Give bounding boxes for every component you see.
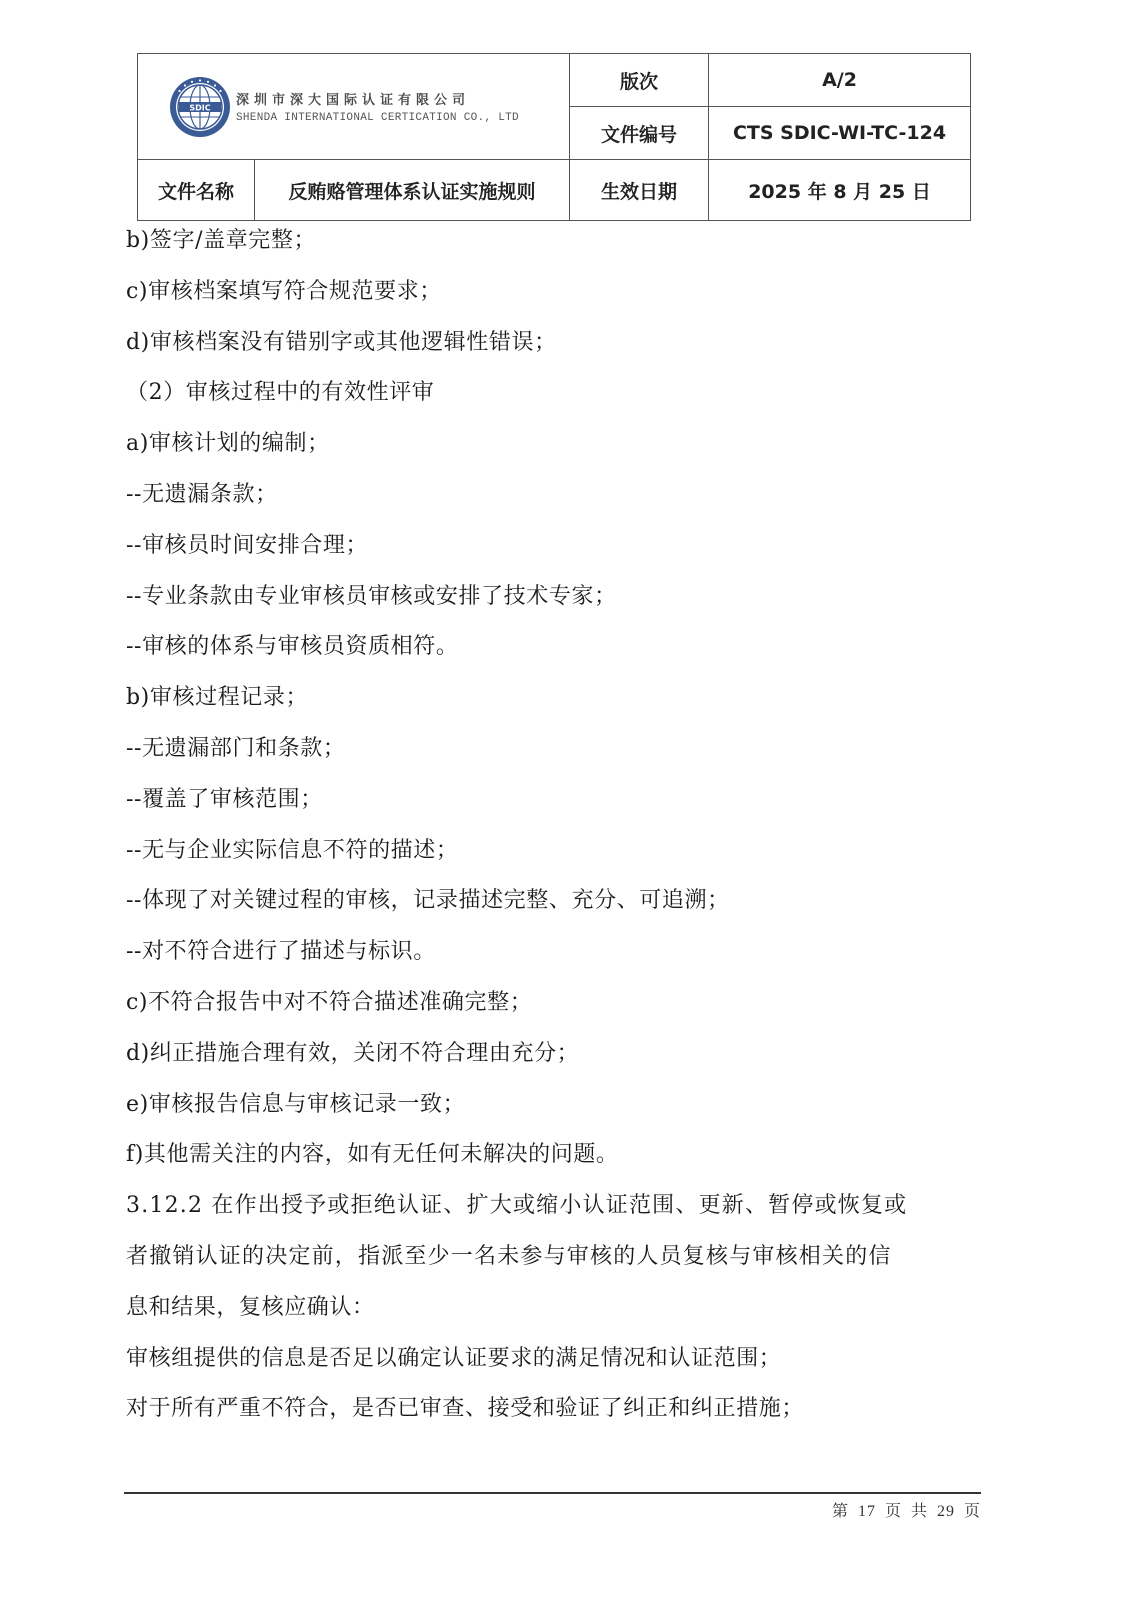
text-line: e)审核报告信息与审核记录一致； [126, 1087, 996, 1138]
section-heading: （2）审核过程中的有效性评审 [126, 375, 996, 426]
text-line: d)审核档案没有错别字或其他逻辑性错误； [126, 325, 996, 376]
text-line: c)审核档案填写符合规范要求； [126, 274, 996, 325]
document-body: b)签字/盖章完整； c)审核档案填写符合规范要求； d)审核档案没有错别字或其… [126, 223, 996, 1442]
text-line: --专业条款由专业审核员审核或安排了技术专家； [126, 579, 996, 630]
footer-divider [124, 1492, 981, 1494]
company-logo-cell: SDIC 深圳市深大国际认证有限公司 SHENDA INTERNATIONAL … [138, 54, 570, 160]
text-line: b)签字/盖章完整； [126, 223, 996, 274]
clause-paragraph-line: 者撤销认证的决定前，指派至少一名未参与审核的人员复核与审核相关的信 [126, 1239, 996, 1290]
clause-paragraph-line: 息和结果，复核应确认： [126, 1290, 996, 1341]
clause-paragraph-line: 3.12.2 在作出授予或拒绝认证、扩大或缩小认证范围、更新、暂停或恢复或 [126, 1188, 996, 1239]
sdic-globe-logo-icon: SDIC [168, 75, 232, 139]
effective-date-label: 生效日期 [570, 160, 709, 221]
text-line: a)审核计划的编制； [126, 426, 996, 477]
text-line: --体现了对关键过程的审核，记录描述完整、充分、可追溯； [126, 883, 996, 934]
company-name-en: SHENDA INTERNATIONAL CERTICATION CO., LT… [236, 112, 519, 124]
doc-number-value: CTS SDIC-WI-TC-124 [709, 107, 971, 160]
doc-name-label: 文件名称 [138, 160, 255, 221]
doc-name-value: 反贿赂管理体系认证实施规则 [255, 160, 570, 221]
text-line: --审核的体系与审核员资质相符。 [126, 629, 996, 680]
text-line: 对于所有严重不符合，是否已审查、接受和验证了纠正和纠正措施； [126, 1391, 996, 1442]
company-name-cn: 深圳市深大国际认证有限公司 [236, 89, 519, 108]
text-line: f)其他需关注的内容，如有无任何未解决的问题。 [126, 1137, 996, 1188]
text-line: --无遗漏部门和条款； [126, 731, 996, 782]
doc-number-label: 文件编号 [570, 107, 709, 160]
text-line: --无遗漏条款； [126, 477, 996, 528]
version-label: 版次 [570, 54, 709, 107]
document-header-table: SDIC 深圳市深大国际认证有限公司 SHENDA INTERNATIONAL … [137, 53, 971, 221]
text-line: --审核员时间安排合理； [126, 528, 996, 579]
effective-date-value: 2025 年 8 月 25 日 [709, 160, 971, 221]
text-line: 审核组提供的信息是否足以确定认证要求的满足情况和认证范围； [126, 1341, 996, 1392]
text-line: --覆盖了审核范围； [126, 782, 996, 833]
text-line: c)不符合报告中对不符合描述准确完整； [126, 985, 996, 1036]
text-line: d)纠正措施合理有效，关闭不符合理由充分； [126, 1036, 996, 1087]
text-line: b)审核过程记录； [126, 680, 996, 731]
text-line: --无与企业实际信息不符的描述； [126, 833, 996, 884]
version-value: A/2 [709, 54, 971, 107]
page-number: 第 17 页 共 29 页 [832, 1498, 981, 1521]
logo-text: SDIC [189, 103, 210, 112]
text-line: --对不符合进行了描述与标识。 [126, 934, 996, 985]
